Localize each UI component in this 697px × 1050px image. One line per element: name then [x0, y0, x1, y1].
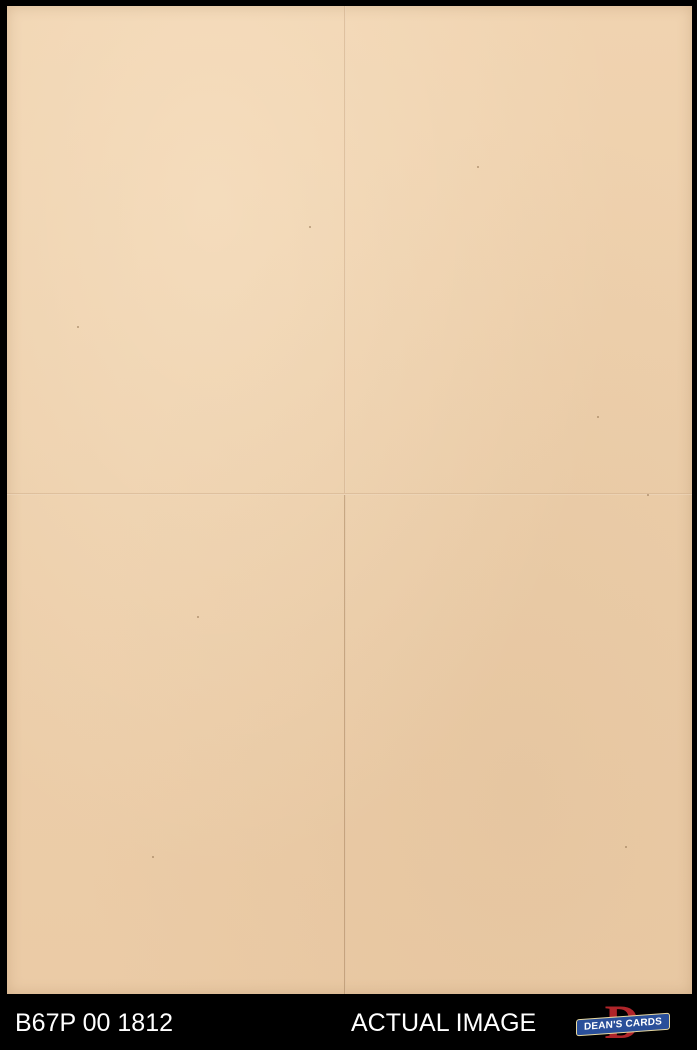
card-back-paper — [7, 6, 692, 994]
footer-bar: B67P 00 1812 ACTUAL IMAGE D DEAN'S CARDS — [0, 996, 697, 1050]
paper-speck — [77, 326, 79, 328]
deans-cards-logo: D DEAN'S CARDS — [576, 1002, 670, 1044]
paper-speck — [152, 856, 154, 858]
logo-banner: DEAN'S CARDS — [576, 1013, 670, 1037]
paper-speck — [477, 166, 479, 168]
actual-image-label: ACTUAL IMAGE — [351, 1009, 536, 1038]
paper-speck — [597, 416, 599, 418]
horizontal-fold-crease — [7, 493, 692, 495]
vertical-fold-crease-lower — [344, 495, 346, 994]
paper-speck — [625, 846, 627, 848]
paper-speck — [647, 494, 649, 496]
paper-speck — [197, 616, 199, 618]
item-code: B67P 00 1812 — [15, 1009, 173, 1038]
paper-speck — [309, 226, 311, 228]
vertical-fold-crease-upper — [344, 6, 346, 493]
